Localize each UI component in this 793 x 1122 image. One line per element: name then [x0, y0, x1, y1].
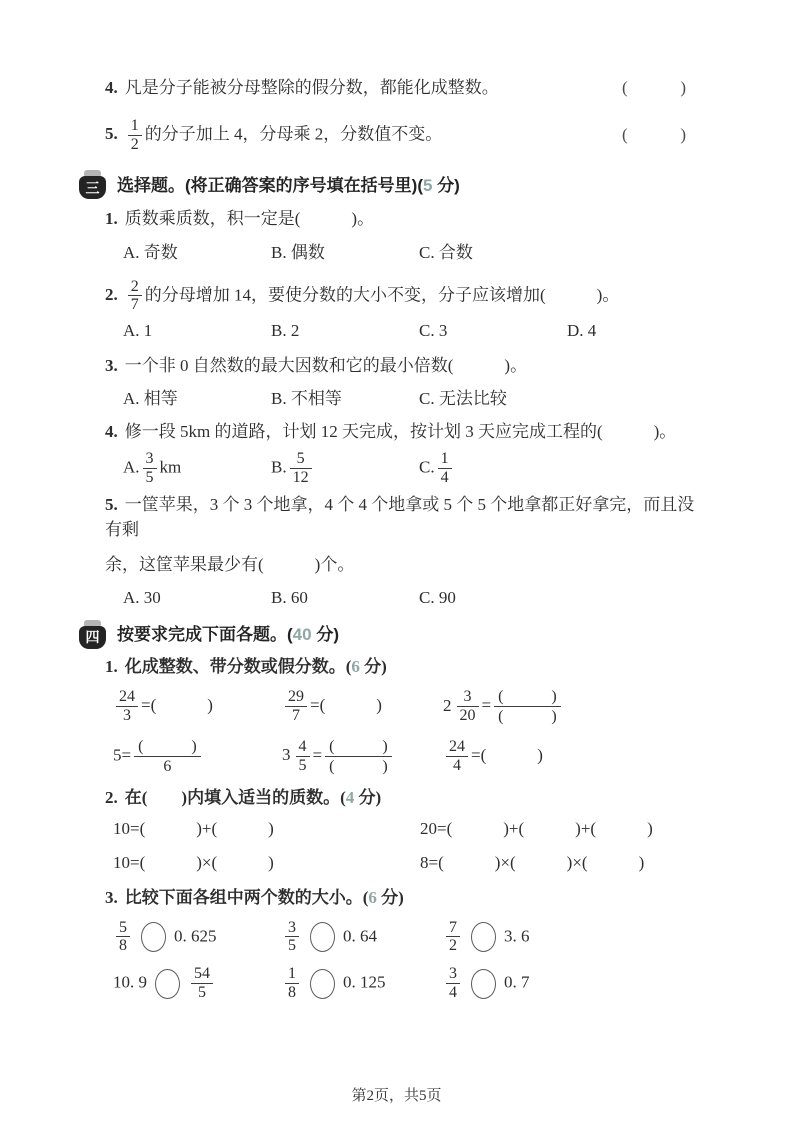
primes-row-1: 10=( )+( ) 20=( )+( )+( ): [113, 817, 710, 842]
fraction: 14: [438, 450, 452, 487]
fraction-denominator: 7: [128, 296, 142, 314]
section-3-title: 选择题。(将正确答案的序号填在括号里)(5 分): [117, 174, 460, 199]
prime-product-10: 10=( )×( ): [113, 851, 420, 876]
option-c: C. 合数: [419, 241, 473, 266]
option-b: B. 2: [271, 319, 419, 344]
fraction: 34: [446, 965, 460, 1002]
judge-item-5-text: 的分子加上 4，分母乘 2，分数值不变。: [145, 124, 443, 143]
fraction: 545: [191, 965, 213, 1002]
blank: ( ): [151, 696, 213, 715]
sub3-title: 3.比较下面各组中两个数的大小。(6 分): [105, 886, 710, 911]
option-a: A. 奇数: [123, 241, 271, 266]
option-c: C. 90: [419, 586, 456, 611]
fraction: 27: [128, 278, 142, 315]
judge-item-4-stem: 4.凡是分子能被分母整除的假分数，都能化成整数。: [105, 76, 622, 101]
option-c: C. 无法比较: [419, 387, 507, 412]
conversion-24-3: 243=( ): [113, 688, 282, 725]
option-a: A.35km: [123, 450, 271, 487]
choice-q1-stem: 1.质数乘质数，积一定是( )。: [105, 207, 710, 232]
judge-item-5-stem: 5.12的分子加上 4，分母乘 2，分数值不变。: [105, 117, 622, 154]
choice-q1-options: A. 奇数B. 偶数C. 合数: [123, 240, 710, 265]
fraction-denominator: 2: [128, 136, 142, 154]
exam-page: 4.凡是分子能被分母整除的假分数，都能化成整数。 () 5.12的分子加上 4，…: [0, 0, 793, 1122]
comparison-item: 350. 64: [282, 919, 443, 956]
fraction: 58: [116, 919, 130, 956]
choice-q3-options: A. 相等B. 不相等C. 无法比较: [123, 386, 710, 411]
fraction: 12: [128, 117, 142, 154]
option-c: C. 3: [419, 319, 567, 344]
option-a: A. 相等: [123, 387, 271, 412]
page-number: 第2页，共5页: [0, 1086, 793, 1108]
choice-q5-stem-line1: 5.一筐苹果，3 个 3 个地拿，4 个 4 个地拿或 5 个 5 个地拿都正好…: [105, 493, 710, 542]
moneybag-section-icon: 三: [79, 176, 106, 199]
question-number: 4.: [105, 78, 118, 97]
choice-q5-options: A. 30B. 60C. 90: [123, 585, 710, 610]
blank-fraction: ( )( ): [494, 687, 561, 726]
fraction: 35: [285, 919, 299, 956]
conversion-row-2: 5=( )6 345=( )( ) 244=( ): [113, 737, 710, 776]
comparison-item: 580. 625: [113, 919, 282, 956]
fraction: 320: [457, 688, 479, 725]
choice-q3-stem: 3.一个非 0 自然数的最大因数和它的最小倍数( )。: [105, 354, 710, 379]
fraction: 45: [296, 738, 310, 775]
primes-row-2: 10=( )×( ) 8=( )×( )×( ): [113, 851, 710, 876]
prime-product-8: 8=( )×( )×( ): [420, 851, 710, 876]
choice-q5-stem-line2: 余，这筐苹果最少有( )个。: [105, 553, 710, 578]
choice-q2-options: A. 1B. 2C. 3D. 4: [123, 318, 710, 343]
fraction: 72: [446, 919, 460, 956]
section-4-title: 按要求完成下面各题。(40 分): [117, 623, 339, 648]
section-4-score: 40: [293, 625, 312, 644]
moneybag-section-icon: 四: [79, 626, 106, 649]
question-number: 5.: [105, 124, 118, 143]
answer-brackets: (): [622, 123, 686, 148]
judge-item-5: 5.12的分子加上 4，分母乘 2，分数值不变。 (): [105, 117, 710, 154]
section-4-header: 四 按要求完成下面各题。(40 分): [79, 623, 710, 649]
conversion-row-1: 243=( ) 297=( ) 2320=( )( ): [113, 687, 710, 726]
exam-content: 4.凡是分子能被分母整除的假分数，都能化成整数。 () 5.12的分子加上 4，…: [0, 0, 793, 1002]
comparison-item: 340. 7: [443, 965, 710, 1002]
fraction: 512: [290, 450, 312, 487]
comparison-item: 10. 9545: [113, 965, 282, 1002]
fraction: 244: [446, 738, 468, 775]
conversion-24-4: 244=( ): [443, 738, 710, 775]
fraction: 35: [143, 450, 157, 487]
whole-number: 2: [443, 696, 452, 715]
section-3-header: 三 选择题。(将正确答案的序号填在括号里)(5 分): [79, 173, 710, 199]
whole-number: 3: [282, 745, 291, 764]
blank: ( ): [481, 745, 543, 764]
comparison-item: 180. 125: [282, 965, 443, 1002]
conversion-29-7: 297=( ): [282, 688, 443, 725]
comparison-circle: [155, 969, 180, 999]
comparison-circle: [310, 969, 335, 999]
blank-fraction: ( )( ): [325, 737, 392, 776]
conversion-5-eq: 5=( )6: [113, 737, 282, 776]
answer-brackets: (): [622, 76, 686, 101]
choice-q4-stem: 4.修一段 5km 的道路，计划 12 天完成，按计划 3 天应完成工程的( )…: [105, 420, 710, 445]
choice-q4-options: A.35kmB.512C.14: [123, 450, 710, 487]
sub1-title: 1.化成整数、带分数或假分数。(6 分): [105, 655, 710, 680]
conversion-mixed-2-3-20: 2320=( )( ): [443, 687, 710, 726]
comparison-circle: [471, 969, 496, 999]
option-b: B. 偶数: [271, 241, 419, 266]
option-b: B. 不相等: [271, 387, 419, 412]
fraction: 243: [116, 688, 138, 725]
fraction-numerator: 1: [128, 117, 142, 136]
comparison-circle: [471, 922, 496, 952]
comparison-circle: [310, 922, 335, 952]
blank-fraction: ( )6: [134, 737, 201, 776]
blank: ( ): [320, 696, 382, 715]
option-b: B.512: [271, 450, 419, 487]
comparison-circle: [141, 922, 166, 952]
comparison-row-2: 10. 9545 180. 125 340. 7: [113, 965, 710, 1002]
conversion-mixed-3-4-5: 345=( )( ): [282, 737, 443, 776]
fraction: 297: [285, 688, 307, 725]
comparison-row-1: 580. 625 350. 64 723. 6: [113, 919, 710, 956]
option-c: C.14: [419, 450, 455, 487]
sub2-title: 2.在( )内填入适当的质数。(4 分): [105, 786, 710, 811]
fraction-numerator: 2: [128, 278, 142, 297]
option-a: A. 30: [123, 586, 271, 611]
comparison-item: 723. 6: [443, 919, 710, 956]
fraction: 18: [285, 965, 299, 1002]
option-a: A. 1: [123, 319, 271, 344]
prime-sum-20: 20=( )+( )+( ): [420, 817, 710, 842]
option-d: D. 4: [567, 319, 596, 344]
judge-item-4: 4.凡是分子能被分母整除的假分数，都能化成整数。 (): [105, 76, 710, 101]
choice-q2-stem: 2.27的分母增加 14，要使分数的大小不变，分子应该增加( )。: [105, 278, 710, 315]
prime-sum-10: 10=( )+( ): [113, 817, 420, 842]
judge-item-4-text: 凡是分子能被分母整除的假分数，都能化成整数。: [125, 78, 499, 97]
option-b: B. 60: [271, 586, 419, 611]
